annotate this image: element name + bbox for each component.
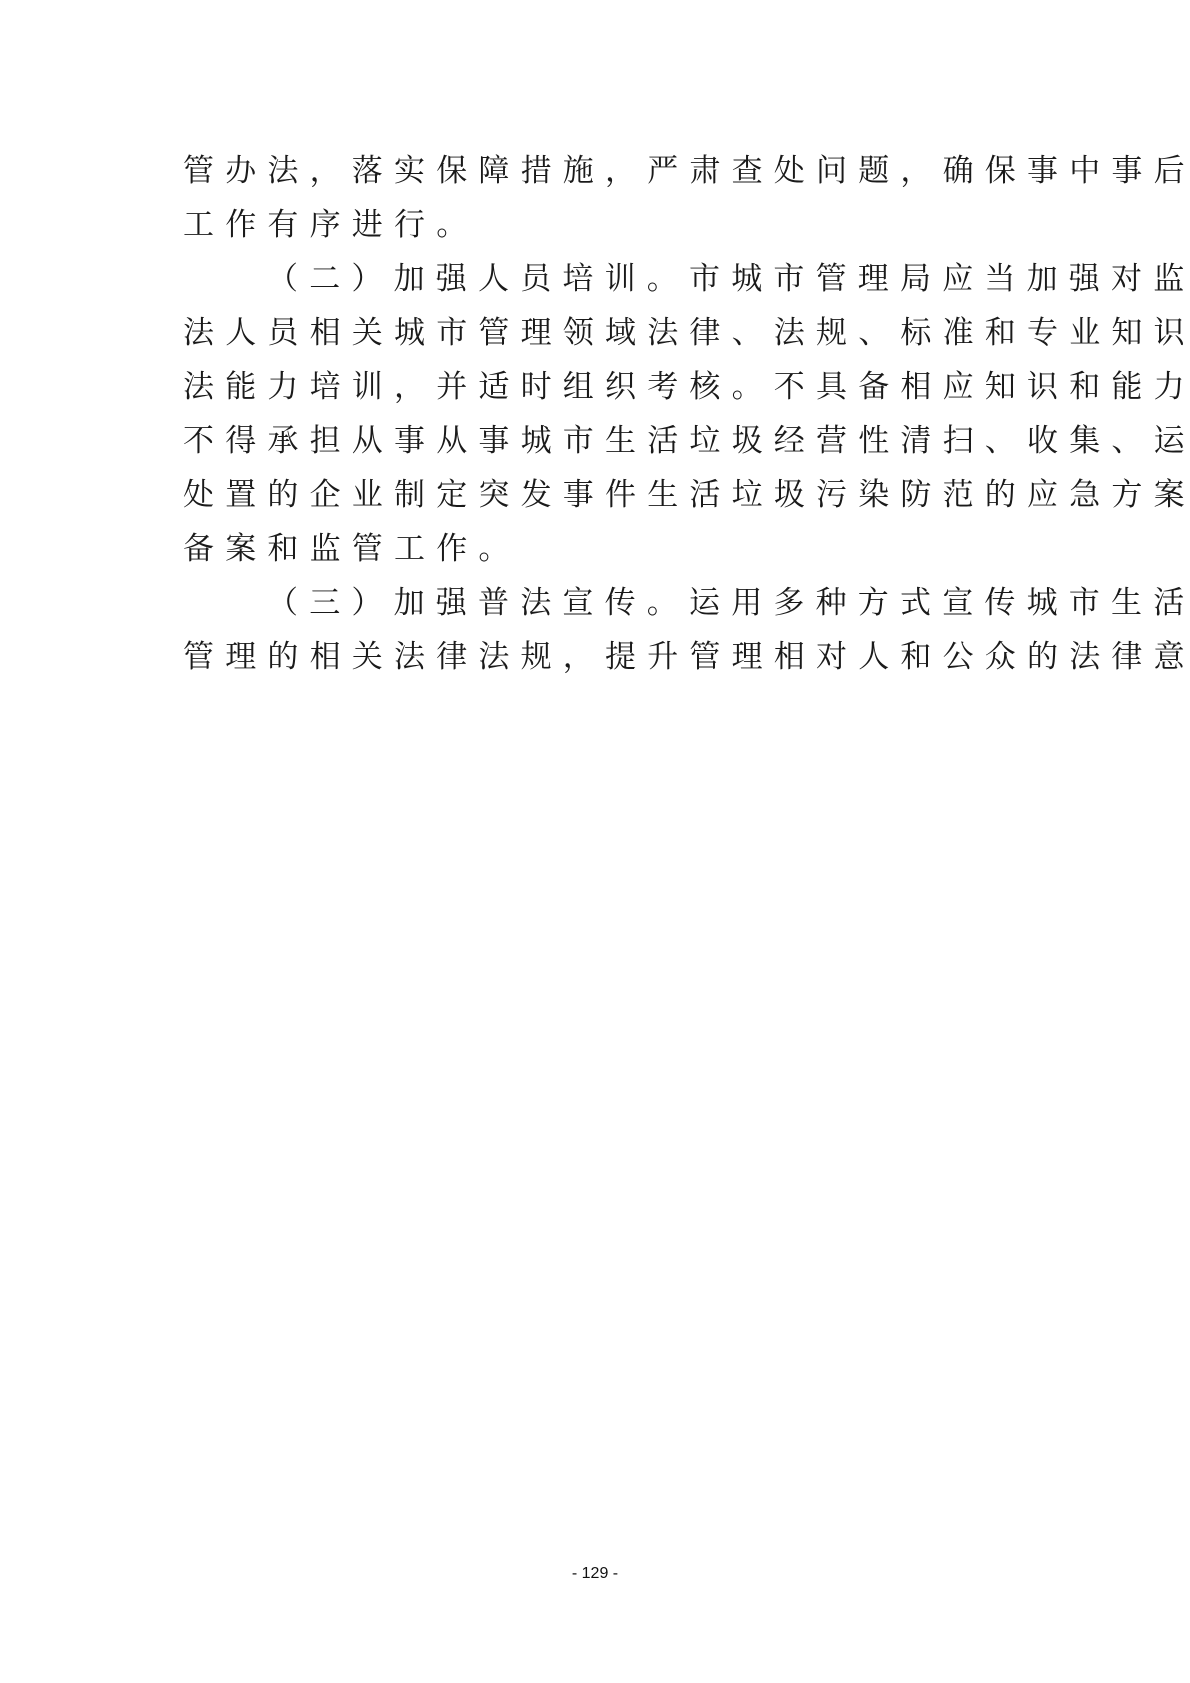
- text-line: 工作有序进行。: [183, 198, 1033, 252]
- text-line: 管理的相关法律法规，提升管理相对人和公众的法律意识。: [183, 630, 1033, 684]
- page-number: - 129 -: [0, 1565, 1190, 1583]
- text-line: 法能力培训，并适时组织考核。不具备相应知识和能力的，: [183, 360, 1033, 414]
- paragraph-continuation: 管办法，落实保障措施，严肃查处问题，确保事中事后监管 工作有序进行。: [183, 144, 1033, 252]
- text-line: 备案和监管工作。: [183, 522, 1033, 576]
- text-line: 管办法，落实保障措施，严肃查处问题，确保事中事后监管: [183, 144, 1033, 198]
- document-page: 管办法，落实保障措施，严肃查处问题，确保事中事后监管 工作有序进行。 （二）加强…: [0, 0, 1190, 1683]
- text-line: （三）加强普法宣传。运用多种方式宣传城市生活垃圾: [183, 576, 1033, 630]
- text-line: 法人员相关城市管理领域法律、法规、标准和专业知识与执: [183, 306, 1033, 360]
- text-line: 处置的企业制定突发事件生活垃圾污染防范的应急方案的: [183, 468, 1033, 522]
- paragraph-section-3-publicity: （三）加强普法宣传。运用多种方式宣传城市生活垃圾 管理的相关法律法规，提升管理相…: [183, 576, 1033, 684]
- text-line: （二）加强人员培训。市城市管理局应当加强对监管执: [183, 252, 1033, 306]
- paragraph-section-2-training: （二）加强人员培训。市城市管理局应当加强对监管执 法人员相关城市管理领域法律、法…: [183, 252, 1033, 576]
- text-line: 不得承担从事从事城市生活垃圾经营性清扫、收集、运输和: [183, 414, 1033, 468]
- document-body: 管办法，落实保障措施，严肃查处问题，确保事中事后监管 工作有序进行。 （二）加强…: [183, 144, 1033, 684]
